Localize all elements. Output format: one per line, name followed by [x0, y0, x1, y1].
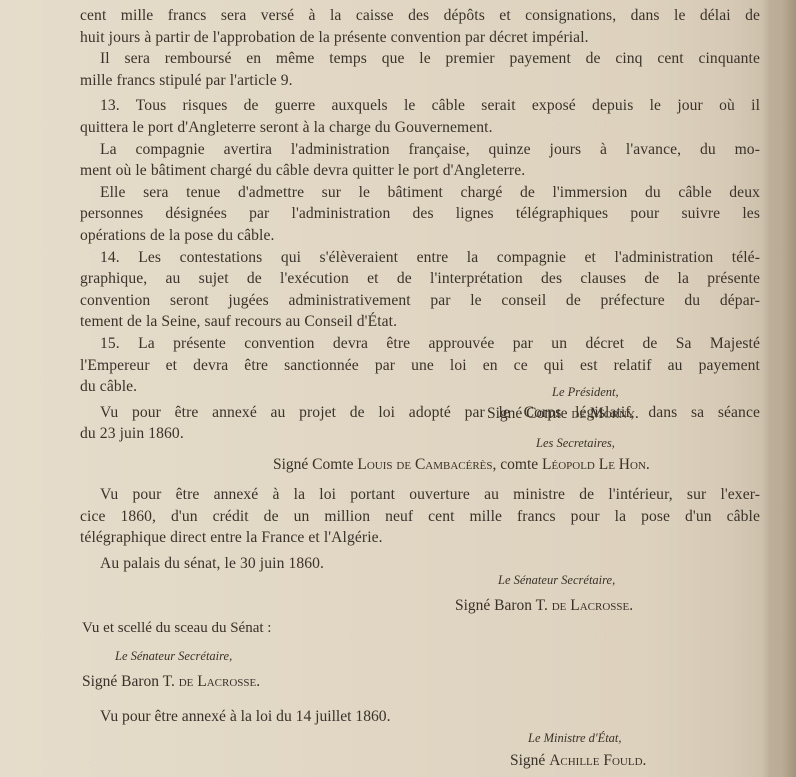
text-line: personnes désignées par l'administration… [80, 203, 760, 225]
text-line: tement de la Seine, sauf recours au Cons… [80, 311, 760, 333]
text-line: Elle sera tenue d'admettre sur le bâtime… [80, 182, 760, 204]
text-line: convention seront jugées administrativem… [80, 290, 760, 312]
secretaries-title: Les Secretaires, [536, 436, 615, 451]
text-line: du 23 juin 1860. [80, 423, 760, 445]
ministre-title: Le Ministre d'État, [528, 731, 622, 746]
text-line: Vu pour être annexé à la loi portant ouv… [80, 484, 760, 506]
seal-secretary-signature: Signé Baron T. de Lacrosse. [82, 673, 260, 691]
text-line: ment où le bâtiment chargé du câble devr… [80, 160, 760, 182]
text-line: mille francs stipulé par l'article 9. [80, 70, 760, 92]
scanned-page: cent mille francs sera versé à la caisse… [0, 0, 796, 777]
ministre-signature: Signé Achille Fould. [510, 752, 646, 770]
text-line: du câble. [80, 376, 760, 398]
page-binding-shadow [762, 0, 796, 777]
senat-date: Au palais du sénat, le 30 juin 1860. [80, 553, 760, 575]
seal-line: Vu et scellé du sceau du Sénat : [82, 620, 271, 637]
president-title: Le Président, [552, 385, 619, 400]
text-line: Vu pour être annexé au projet de loi ado… [80, 402, 760, 424]
senat-secretary-title: Le Sénateur Secrétaire, [498, 573, 615, 588]
article-14: 14. Les contestations qui s'élèveraient … [80, 247, 760, 269]
text-line: La compagnie avertira l'administration f… [80, 139, 760, 161]
text-line: graphique, au sujet de l'exécution et de… [80, 268, 760, 290]
secretaries-signature: Signé Comte Louis de Cambacérès, comte L… [273, 456, 650, 474]
text-line: cice 1860, d'un crédit de un million neu… [80, 506, 760, 528]
president-signature: Signé Comte de Morny. [487, 405, 639, 423]
text-line: quittera le port d'Angleterre seront à l… [80, 117, 760, 139]
text-line: Il sera remboursé en même temps que le p… [80, 48, 760, 70]
senat-secretary-signature: Signé Baron T. de Lacrosse. [455, 597, 633, 615]
text-line: huit jours à partir de l'approbation de … [80, 27, 760, 49]
loi-line: Vu pour être annexé à la loi du 14 juill… [100, 708, 391, 726]
article-13: 13. Tous risques de guerre auxquels le c… [80, 95, 760, 117]
text-line: l'Empereur et devra être sanctionnée par… [80, 355, 760, 377]
text-line: télégraphique direct entre la France et … [80, 527, 760, 549]
text-line: cent mille francs sera versé à la caisse… [80, 5, 760, 27]
senat-paragraph: Vu pour être annexé à la loi portant ouv… [80, 484, 760, 574]
body-text: cent mille francs sera versé à la caisse… [80, 5, 760, 445]
text-line: opérations de la pose du câble. [80, 225, 760, 247]
seal-secretary-title: Le Sénateur Secrétaire, [115, 649, 232, 664]
article-15: 15. La présente convention devra être ap… [80, 333, 760, 355]
